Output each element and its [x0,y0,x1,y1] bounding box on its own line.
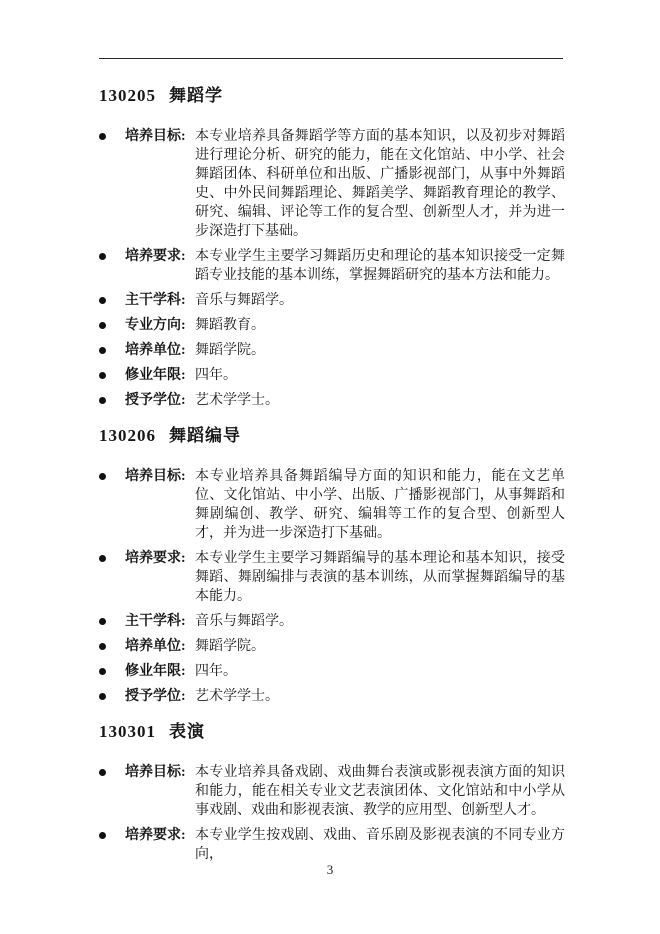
item-label: 主干学科: [125,291,195,310]
item-label: 授予学位: [125,687,195,706]
section-130206: 130206 舞蹈编导 培养目标: 本专业培养具备舞蹈编导方面的知识和能力，能在… [99,425,565,706]
item-label: 培养要求: [125,247,195,285]
item-text: 舞蹈教育。 [195,316,565,335]
bullet-icon [99,291,125,310]
header-rule [99,58,563,59]
item-text: 本专业学生主要学习舞蹈编导的基本理论和基本知识，接受舞蹈、舞剧编排与表演的基本训… [195,549,565,606]
list-item: 修业年限: 四年。 [99,662,565,681]
item-text: 本专业学生按戏剧、戏曲、音乐剧及影视表演的不同专业方向， [195,826,565,864]
bullet-icon [99,826,125,864]
item-label: 培养单位: [125,637,195,656]
item-label: 培养要求: [125,549,195,606]
list-item: 培养单位: 舞蹈学院。 [99,637,565,656]
item-label: 授予学位: [125,391,195,410]
list-item: 培养目标: 本专业培养具备舞蹈编导方面的知识和能力，能在文艺单位、文化馆站、中小… [99,467,565,543]
bullet-icon [99,763,125,820]
list-item: 专业方向: 舞蹈教育。 [99,316,565,335]
list-item: 主干学科: 音乐与舞蹈学。 [99,291,565,310]
item-label: 修业年限: [125,366,195,385]
item-label: 主干学科: [125,612,195,631]
bullet-icon [99,467,125,543]
bullet-icon [99,549,125,606]
bullet-icon [99,637,125,656]
section-130301: 130301 表演 培养目标: 本专业培养具备戏剧、戏曲舞台表演或影视表演方面的… [99,721,565,864]
section-title: 表演 [169,721,205,742]
item-text: 本专业培养具备舞蹈编导方面的知识和能力，能在文艺单位、文化馆站、中小学、出版、广… [195,467,565,543]
list-item: 修业年限: 四年。 [99,366,565,385]
item-label: 专业方向: [125,316,195,335]
item-text: 本专业培养具备舞蹈学等方面的基本知识，以及初步对舞蹈进行理论分析、研究的能力，能… [195,127,565,241]
item-text: 四年。 [195,366,565,385]
bullet-icon [99,341,125,360]
item-label: 培养单位: [125,341,195,360]
bullet-icon [99,687,125,706]
section-heading: 130205 舞蹈学 [99,85,565,106]
item-text: 本专业学生主要学习舞蹈历史和理论的基本知识接受一定舞蹈专业技能的基本训练，掌握舞… [195,247,565,285]
page-number: 3 [0,862,660,878]
list-item: 培养要求: 本专业学生主要学习舞蹈历史和理论的基本知识接受一定舞蹈专业技能的基本… [99,247,565,285]
item-label: 培养要求: [125,826,195,864]
list-item: 主干学科: 音乐与舞蹈学。 [99,612,565,631]
bullet-icon [99,612,125,631]
item-text: 艺术学学士。 [195,391,565,410]
item-text: 音乐与舞蹈学。 [195,291,565,310]
item-text: 舞蹈学院。 [195,341,565,360]
section-code: 130205 [99,85,156,106]
page-content: 130205 舞蹈学 培养目标: 本专业培养具备舞蹈学等方面的基本知识，以及初步… [99,85,565,876]
bullet-icon [99,662,125,681]
item-label: 培养目标: [125,467,195,543]
list-item: 培养目标: 本专业培养具备舞蹈学等方面的基本知识，以及初步对舞蹈进行理论分析、研… [99,127,565,241]
list-item: 培养目标: 本专业培养具备戏剧、戏曲舞台表演或影视表演方面的知识和能力，能在相关… [99,763,565,820]
list-item: 培养要求: 本专业学生主要学习舞蹈编导的基本理论和基本知识，接受舞蹈、舞剧编排与… [99,549,565,606]
list-item: 授予学位: 艺术学学士。 [99,391,565,410]
item-label: 培养目标: [125,127,195,241]
bullet-icon [99,366,125,385]
section-code: 130206 [99,425,156,446]
bullet-icon [99,127,125,241]
section-code: 130301 [99,721,156,742]
section-130205: 130205 舞蹈学 培养目标: 本专业培养具备舞蹈学等方面的基本知识，以及初步… [99,85,565,410]
list-item: 培养单位: 舞蹈学院。 [99,341,565,360]
section-title: 舞蹈编导 [169,425,241,446]
item-text: 四年。 [195,662,565,681]
section-heading: 130301 表演 [99,721,565,742]
item-text: 艺术学学士。 [195,687,565,706]
item-text: 音乐与舞蹈学。 [195,612,565,631]
section-title: 舞蹈学 [169,85,223,106]
section-heading: 130206 舞蹈编导 [99,425,565,446]
item-label: 修业年限: [125,662,195,681]
bullet-icon [99,247,125,285]
list-item: 授予学位: 艺术学学士。 [99,687,565,706]
item-text: 本专业培养具备戏剧、戏曲舞台表演或影视表演方面的知识和能力，能在相关专业文艺表演… [195,763,565,820]
document-page: 130205 舞蹈学 培养目标: 本专业培养具备舞蹈学等方面的基本知识，以及初步… [0,0,660,934]
bullet-icon [99,316,125,335]
item-text: 舞蹈学院。 [195,637,565,656]
list-item: 培养要求: 本专业学生按戏剧、戏曲、音乐剧及影视表演的不同专业方向， [99,826,565,864]
bullet-icon [99,391,125,410]
item-label: 培养目标: [125,763,195,820]
